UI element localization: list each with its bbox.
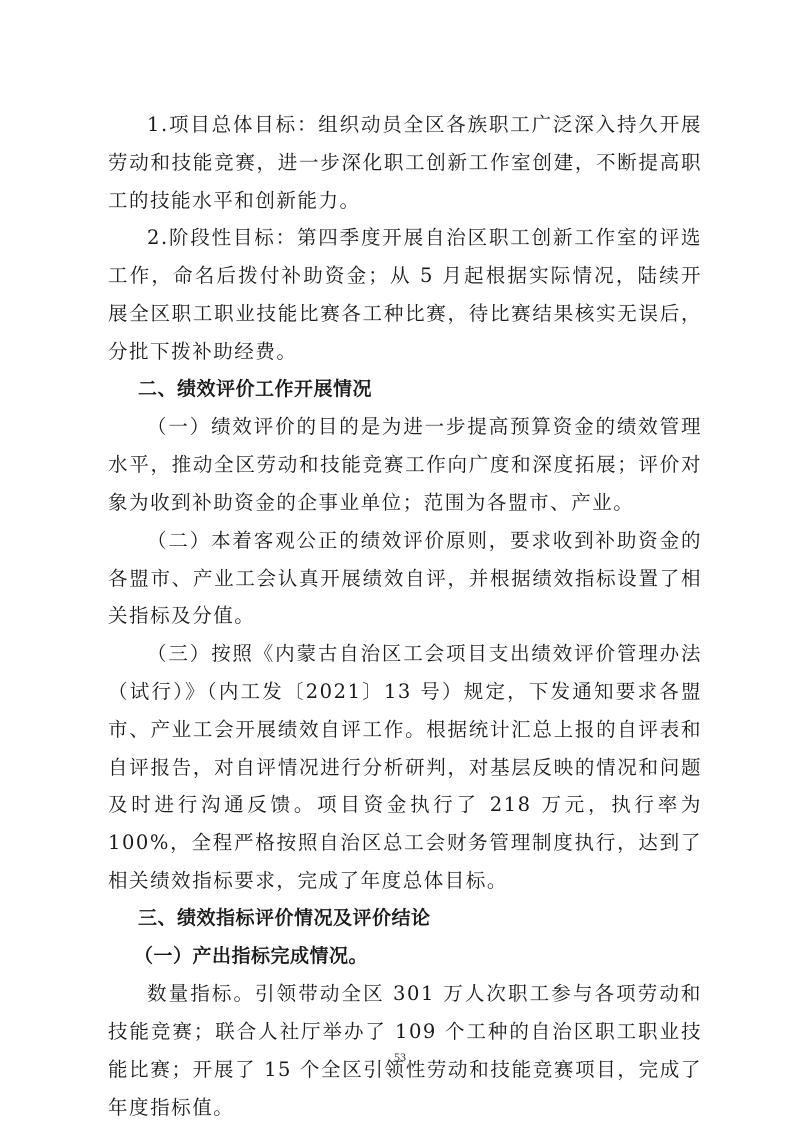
section-heading-evaluation-work: 二、绩效评价工作开展情况 xyxy=(108,371,702,409)
paragraph-overall-goal: 1.项目总体目标：组织动员全区各族职工广泛深入持久开展劳动和技能竞赛，进一步深化… xyxy=(108,106,702,219)
paragraph-evaluation-principle: （二）本着客观公正的绩效评价原则，要求收到补助资金的各盟市、产业工会认真开展绩效… xyxy=(108,522,702,635)
paragraph-evaluation-purpose: （一）绩效评价的目的是为进一步提高预算资金的绩效管理水平，推动全区劳动和技能竞赛… xyxy=(108,408,702,521)
paragraph-stage-goal: 2.阶段性目标：第四季度开展自治区职工创新工作室的评选工作，命名后拨付补助资金；… xyxy=(108,219,702,370)
section-heading-indicator-evaluation: 三、绩效指标评价情况及评价结论 xyxy=(108,900,702,938)
paragraph-evaluation-process: （三）按照《内蒙古自治区工会项目支出绩效评价管理办法（试行）》（内工发〔2021… xyxy=(108,635,702,900)
subsection-heading-output-indicators: （一）产出指标完成情况。 xyxy=(108,938,702,976)
document-body: 1.项目总体目标：组织动员全区各族职工广泛深入持久开展劳动和技能竞赛，进一步深化… xyxy=(108,106,702,1127)
page-number: 53 xyxy=(0,1050,800,1065)
